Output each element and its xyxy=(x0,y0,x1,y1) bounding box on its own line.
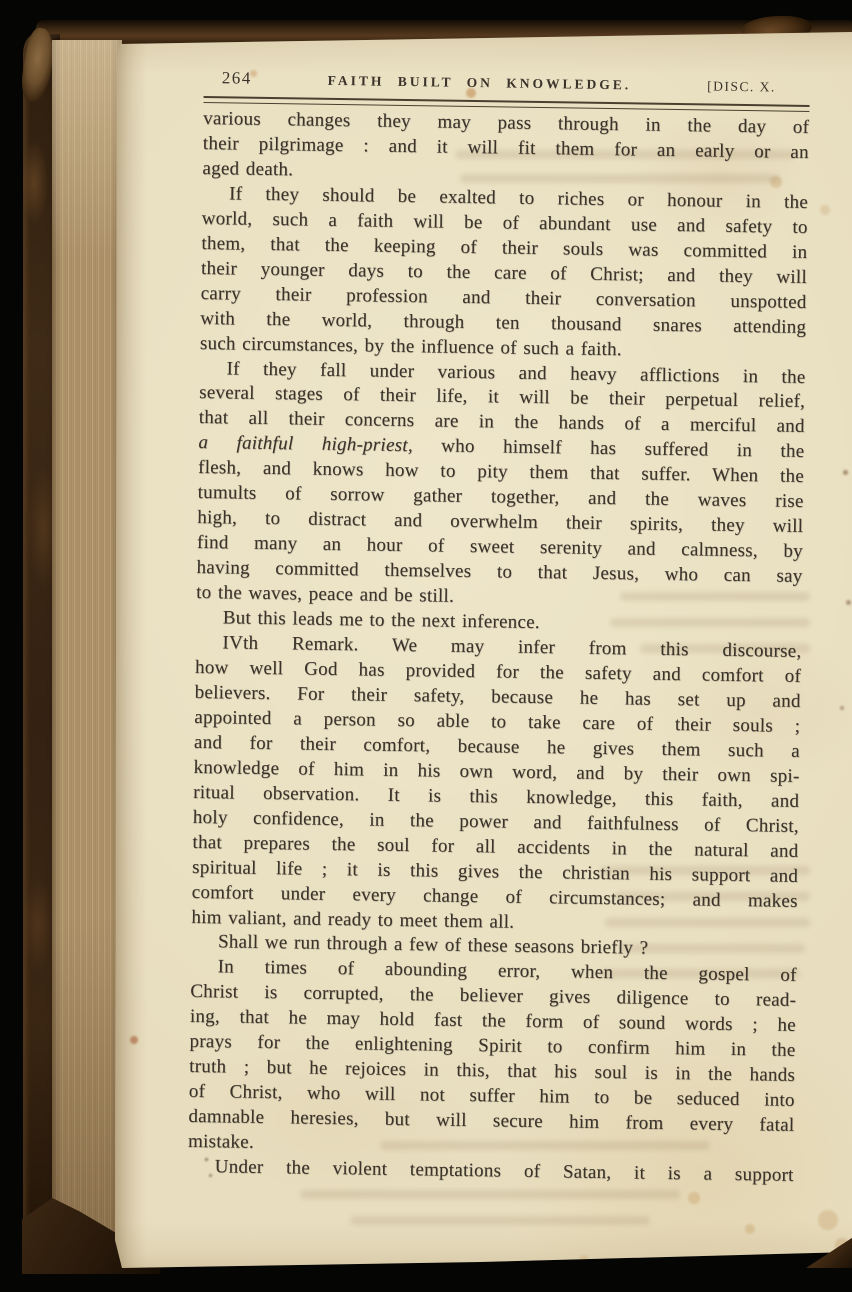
paragraph: If they fall under various and heavy aff… xyxy=(196,356,806,614)
foxing-spot xyxy=(818,1210,838,1230)
foxing-spot xyxy=(846,600,851,605)
foxing-spot xyxy=(688,1192,700,1204)
paragraph: various changes they may pass through in… xyxy=(202,107,809,191)
running-title: FAITH BUILT ON KNOWLEDGE. xyxy=(252,72,708,95)
text-block: various changes they may pass through in… xyxy=(188,107,810,1189)
page-fore-edge-stack xyxy=(52,40,122,1256)
paragraph: If they should be exalted to riches or h… xyxy=(200,182,809,366)
page-header: 264 FAITH BUILT ON KNOWLEDGE. [DISC. X. xyxy=(204,68,810,101)
section-label: [DISC. X. xyxy=(707,78,776,95)
verso-bleedthrough xyxy=(300,1190,680,1199)
foxing-spot xyxy=(580,1255,588,1263)
verso-bleedthrough xyxy=(350,1216,650,1225)
printed-content: 264 FAITH BUILT ON KNOWLEDGE. [DISC. X. … xyxy=(188,68,810,1189)
text-segment: who himself has suffered in the xyxy=(413,436,805,463)
book-page: 264 FAITH BUILT ON KNOWLEDGE. [DISC. X. … xyxy=(110,24,852,1270)
paragraph: IVth Remark. We may infer from this disc… xyxy=(191,631,801,939)
foxing-spot xyxy=(840,706,844,710)
paragraph: In times of abounding error, when the go… xyxy=(188,955,797,1164)
foxing-spot xyxy=(820,205,830,215)
foxing-spot xyxy=(745,1224,755,1234)
foxing-spot xyxy=(130,1036,138,1044)
italic-phrase: a faithful high-priest, xyxy=(198,432,413,456)
page-number: 264 xyxy=(222,68,252,88)
foxing-spot xyxy=(843,470,848,475)
book-photograph: 264 FAITH BUILT ON KNOWLEDGE. [DISC. X. … xyxy=(0,0,852,1292)
